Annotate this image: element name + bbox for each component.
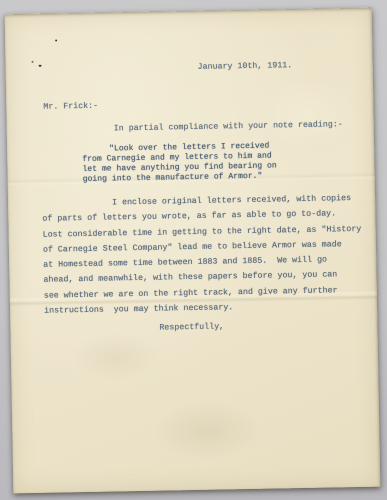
letter-date: January 10th, 1911. [198, 61, 293, 73]
ink-speck [55, 39, 57, 41]
quote-line: going into the manufacture of Armor." [83, 172, 277, 186]
letter-salutation: Mr. Frick:- [43, 102, 98, 113]
paper-highlight [256, 78, 357, 150]
scan-background: January 10th, 1911. Mr. Frick:- In parti… [0, 0, 387, 500]
letter-body: I enclose original letters received, wit… [42, 191, 363, 319]
letter-closing: Respectfully, [159, 322, 224, 333]
ink-speck [39, 65, 42, 67]
letter-page: January 10th, 1911. Mr. Frick:- In parti… [5, 8, 381, 494]
quoted-note-block: "Look over the letters I received from C… [82, 141, 277, 185]
paper-stain [152, 400, 263, 462]
ink-speck [31, 61, 33, 63]
letter-opening-line: In partial compliance with your note rea… [114, 120, 343, 134]
paper-stain [70, 332, 161, 384]
